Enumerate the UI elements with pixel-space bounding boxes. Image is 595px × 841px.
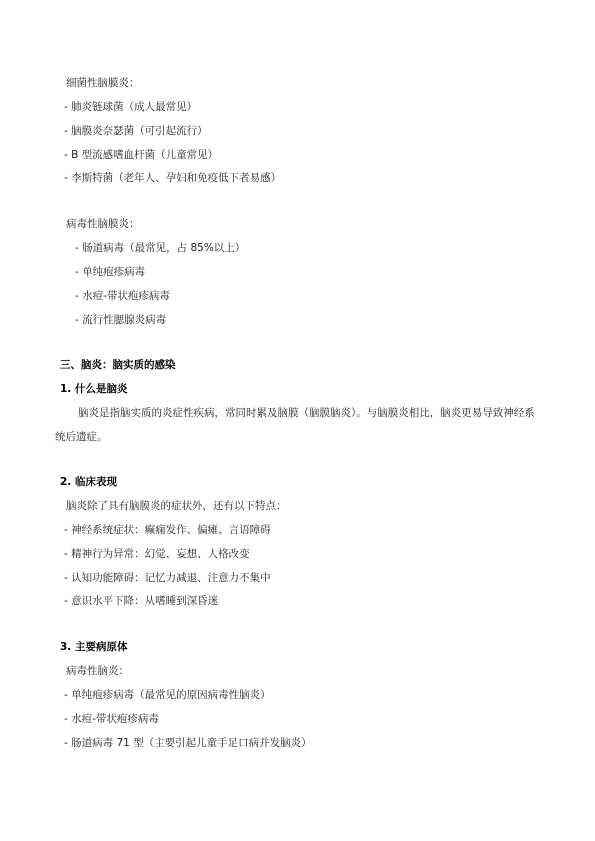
symptom-item: - 精神行为异常：幻觉、妄想、人格改变 bbox=[64, 547, 250, 561]
subsection-title: 1. 什么是脑炎 bbox=[60, 382, 127, 396]
viral-item: - 水痘-带状疱疹病毒 bbox=[75, 289, 170, 303]
subsection-title: 2. 临床表现 bbox=[60, 475, 117, 489]
viral-item: - 单纯疱疹病毒 bbox=[75, 265, 145, 279]
subsection-title: 3. 主要病原体 bbox=[60, 640, 127, 654]
bacterial-item: - 李斯特菌（老年人、孕妇和免疫低下者易感） bbox=[64, 171, 281, 185]
pathogen-item: - 水痘-带状疱疹病毒 bbox=[64, 712, 159, 726]
bacterial-item: - B 型流感嗜血杆菌（儿童常见） bbox=[64, 148, 218, 162]
bacterial-item: - 肺炎链球菌（成人最常见） bbox=[64, 100, 197, 114]
pathogen-item: - 肠道病毒 71 型（主要引起儿童手足口病并发脑炎） bbox=[64, 736, 312, 750]
section-title: 三、脑炎：脑实质的感染 bbox=[60, 358, 176, 372]
paragraph: 脑炎是指脑实质的炎症性疾病，常同时累及脑膜（脑膜脑炎）。与脑膜炎相比，脑炎更易导… bbox=[55, 401, 545, 449]
viral-meningitis-heading: 病毒性脑膜炎： bbox=[66, 217, 140, 231]
viral-item: - 流行性腮腺炎病毒 bbox=[75, 313, 166, 327]
intro-text: 病毒性脑炎： bbox=[66, 664, 129, 678]
bacterial-meningitis-heading: 细菌性脑膜炎： bbox=[66, 76, 140, 90]
pathogen-item: - 单纯疱疹病毒（最常见的原因病毒性脑炎） bbox=[64, 688, 271, 702]
intro-text: 脑炎除了具有脑膜炎的症状外，还有以下特点： bbox=[66, 499, 287, 513]
symptom-item: - 神经系统症状：癫痫发作、偏瘫、言语障碍 bbox=[64, 523, 271, 537]
bacterial-item: - 脑膜炎奈瑟菌（可引起流行） bbox=[64, 124, 208, 138]
symptom-item: - 认知功能障碍：记忆力减退、注意力不集中 bbox=[64, 571, 271, 585]
symptom-item: - 意识水平下降：从嗜睡到深昏迷 bbox=[64, 594, 218, 608]
viral-item: - 肠道病毒（最常见，占 85%以上） bbox=[75, 241, 245, 255]
